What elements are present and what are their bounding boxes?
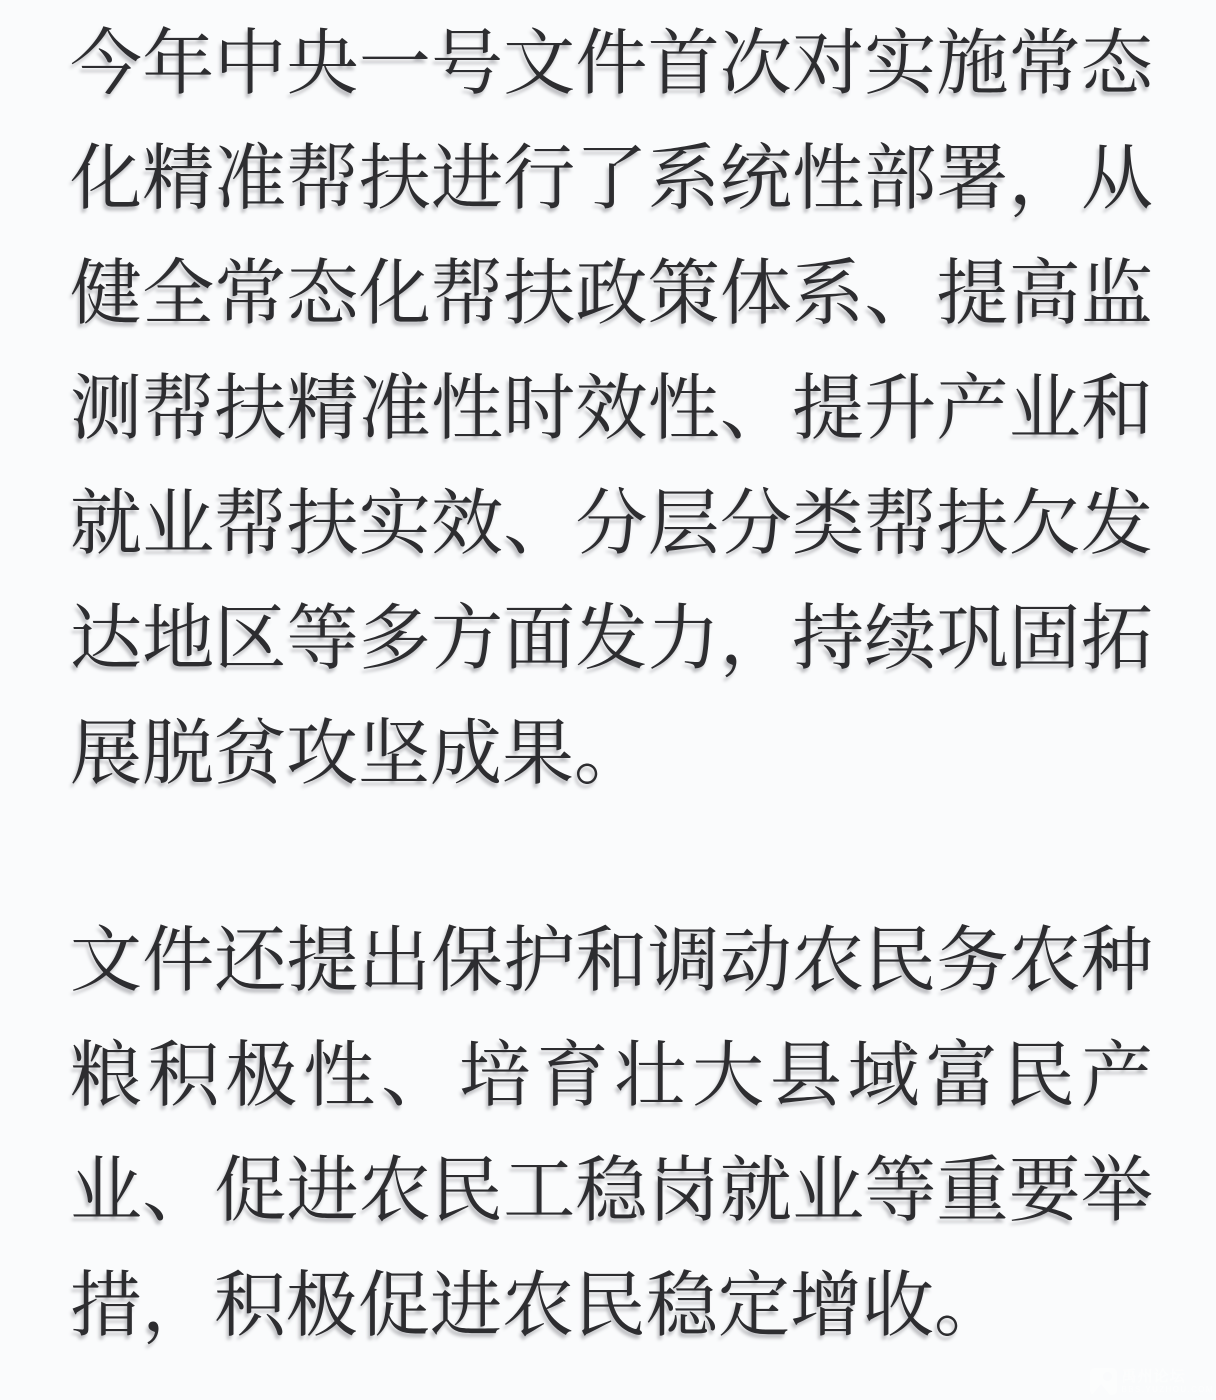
article-page: { "page": { "background_color": "#fafbfc… (0, 0, 1216, 1400)
paragraph: 今年中央一号文件首次对实施常态化精准帮扶进行了系统性部署，从健全常态化帮扶政策体… (70, 7, 1153, 812)
watermark-logo-icon (1090, 1368, 1117, 1395)
article-line: 措，积极促进农民稳定增收。 (70, 1249, 1153, 1364)
article-line: 达地区等多方面发力，持续巩固拓 (70, 582, 1153, 697)
watermark-title: 禹州论坛 (1122, 1368, 1215, 1385)
article-line: 健全常态化帮扶政策体系、提高监 (70, 237, 1153, 352)
watermark-subtitle: BBS.YUZHOU.COM (1122, 1385, 1215, 1395)
article-line: 业、促进农民工稳岗就业等重要举 (70, 1134, 1153, 1249)
article-line: 化精准帮扶进行了系统性部署，从 (70, 122, 1153, 237)
sun-shape (1103, 1372, 1112, 1381)
watermark: 禹州论坛 BBS.YUZHOU.COM (1090, 1368, 1215, 1395)
watermark-text-block: 禹州论坛 BBS.YUZHOU.COM (1122, 1368, 1215, 1395)
article-line: 展脱贫攻坚成果。 (70, 697, 1153, 812)
article-line: 今年中央一号文件首次对实施常态 (70, 7, 1153, 122)
paragraph: 文件还提出保护和调动农民务农种粮积极性、培育壮大县域富民产业、促进农民工稳岗就业… (70, 904, 1153, 1364)
article-line: 粮积极性、培育壮大县域富民产 (70, 1019, 1153, 1134)
article-line: 测帮扶精准性时效性、提升产业和 (70, 352, 1153, 467)
article-line: 就业帮扶实效、分层分类帮扶欠发 (70, 467, 1153, 582)
article-line: 文件还提出保护和调动农民务农种 (70, 904, 1153, 1019)
mountain-shape (1092, 1384, 1110, 1395)
article-body: 今年中央一号文件首次对实施常态化精准帮扶进行了系统性部署，从健全常态化帮扶政策体… (70, 7, 1153, 1364)
